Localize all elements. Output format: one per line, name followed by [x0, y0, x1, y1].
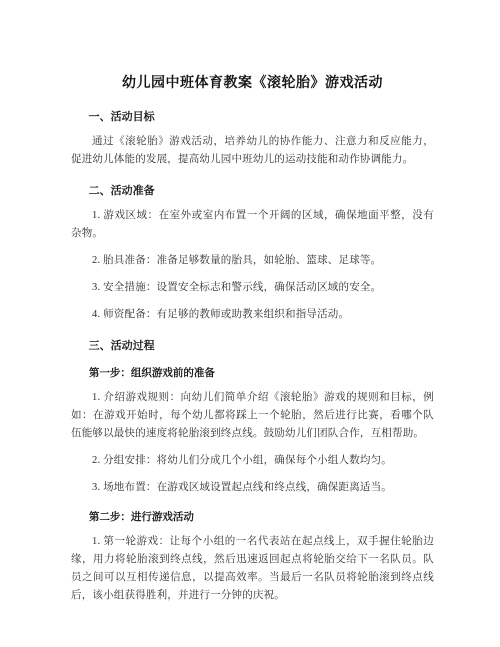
section-heading-process: 三、活动过程	[71, 337, 434, 353]
paragraph-step1-grouping: 2. 分组安排：将幼儿们分成几个小组，确保每个小组人数均匀。	[71, 452, 434, 470]
paragraph-step1-rules: 1. 介绍游戏规则：向幼儿们简单介绍《滚轮胎》游戏的规则和目标，例如：在游戏开始…	[71, 389, 434, 443]
paragraph-goals: 通过《滚轮胎》游戏活动，培养幼儿的协作能力、注意力和反应能力，促进幼儿体能的发展…	[71, 133, 434, 169]
document-page: 幼儿园中班体育教案《滚轮胎》游戏活动 一、活动目标 通过《滚轮胎》游戏活动，培养…	[0, 0, 500, 647]
section-heading-goals: 一、活动目标	[71, 108, 434, 124]
subheading-step-1: 第一步：组织游戏前的准备	[71, 365, 434, 380]
document-title: 幼儿园中班体育教案《滚轮胎》游戏活动	[71, 72, 434, 92]
paragraph-step2-first-round: 1. 第一轮游戏：让每个小组的一名代表站在起点线上，双手握住轮胎边缘，用力将轮胎…	[71, 533, 434, 605]
list-item-safety-measures: 3. 安全措施：设置安全标志和警示线，确保活动区域的安全。	[71, 279, 434, 297]
list-item-tire-equipment: 2. 胎具准备：准备足够数量的胎具，如轮胎、篮球、足球等。	[71, 252, 434, 270]
list-item-staffing: 4. 师资配备：有足够的教师或助教来组织和指导活动。	[71, 306, 434, 324]
section-heading-preparation: 二、活动准备	[71, 182, 434, 198]
paragraph-step1-field-setup: 3. 场地布置：在游戏区域设置起点线和终点线，确保距离适当。	[71, 479, 434, 497]
list-item-game-area: 1. 游戏区域：在室外或室内布置一个开阔的区域，确保地面平整，没有杂物。	[71, 207, 434, 243]
subheading-step-2: 第二步：进行游戏活动	[71, 509, 434, 524]
